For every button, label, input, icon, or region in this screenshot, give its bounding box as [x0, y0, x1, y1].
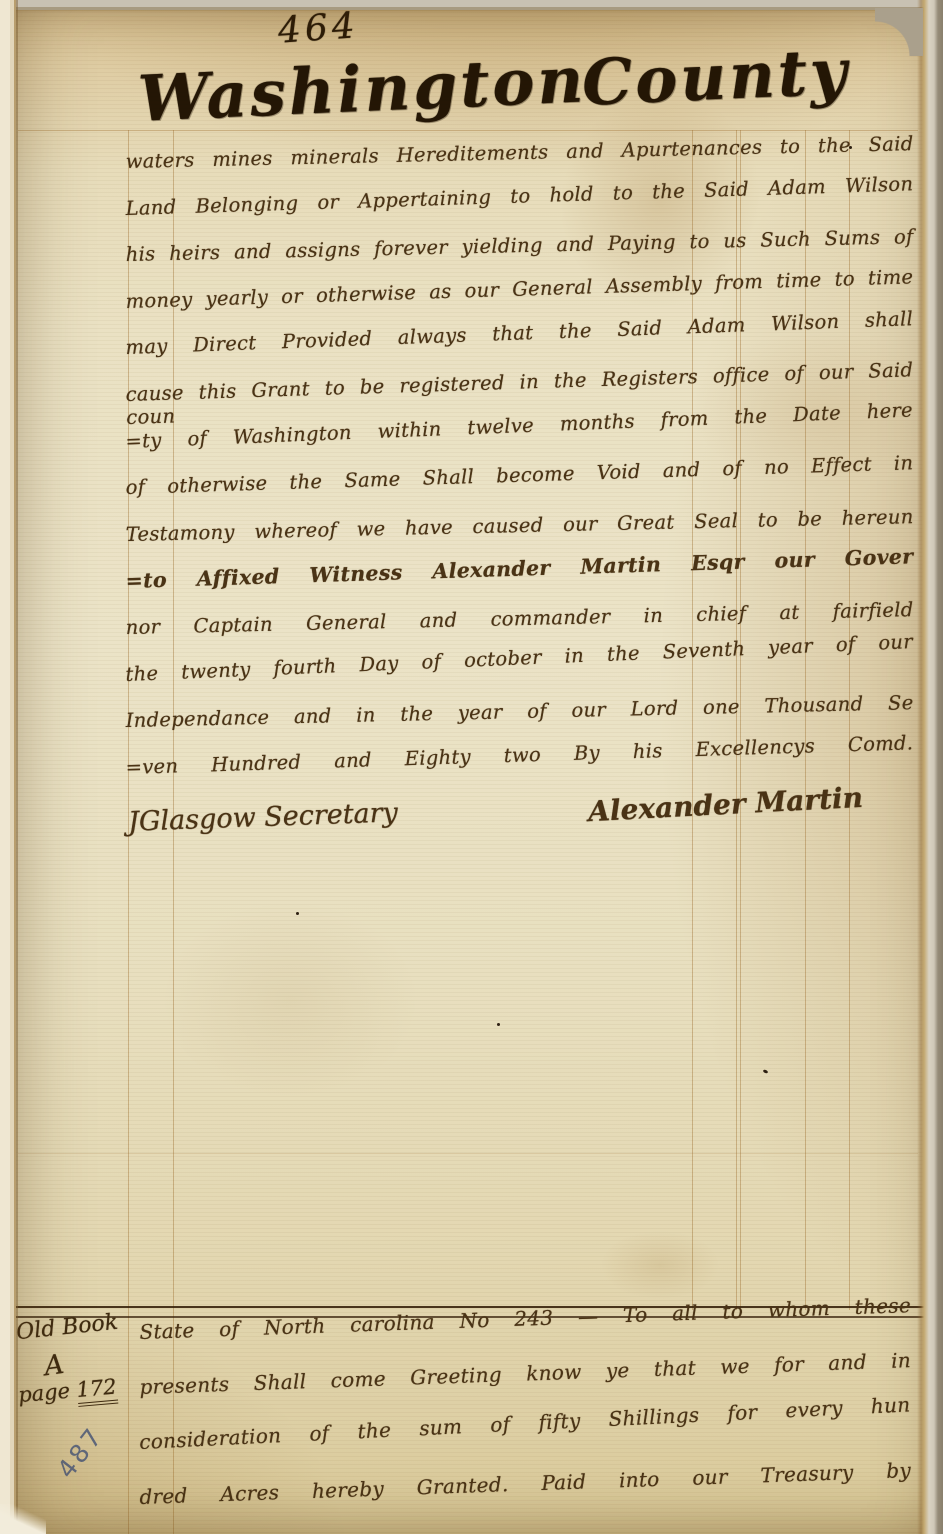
ink-speck — [296, 912, 299, 915]
page-corner-top-right — [875, 8, 923, 56]
foxing-stain — [160, 900, 420, 1100]
county-title-word-1: Washington — [137, 42, 588, 135]
ink-speck — [497, 1023, 500, 1026]
margin-note-page-word: page — [17, 1379, 71, 1407]
foxing-stain — [600, 1230, 720, 1300]
next-record-text: State of North carolina No 243 — To all … — [140, 1320, 912, 1534]
margin-note-page-ref: page 172 — [17, 1373, 137, 1407]
deed-body-text: waters mines minerals Hereditements and … — [126, 150, 914, 802]
book-edge-right — [917, 0, 943, 1534]
county-title-word-2: County — [581, 34, 851, 120]
ink-speck — [763, 1069, 769, 1074]
pencil-page-annotation: 487 — [51, 1421, 109, 1484]
book-edge-top — [0, 0, 943, 12]
margin-reference-note: Old Book A page 172 — [16, 1314, 136, 1402]
margin-note-page-number: 172 — [75, 1375, 117, 1407]
margin-note-old-book: Old Book — [15, 1308, 137, 1345]
ledger-page: 464 Washington County waters mines miner… — [0, 0, 943, 1534]
page-number: 464 — [277, 5, 360, 52]
faint-rule — [18, 1153, 918, 1154]
book-edge-left — [0, 0, 18, 1534]
secretary-signature: JGlasgow Secretary — [128, 797, 399, 837]
page-corner-bottom-left — [0, 1504, 46, 1534]
